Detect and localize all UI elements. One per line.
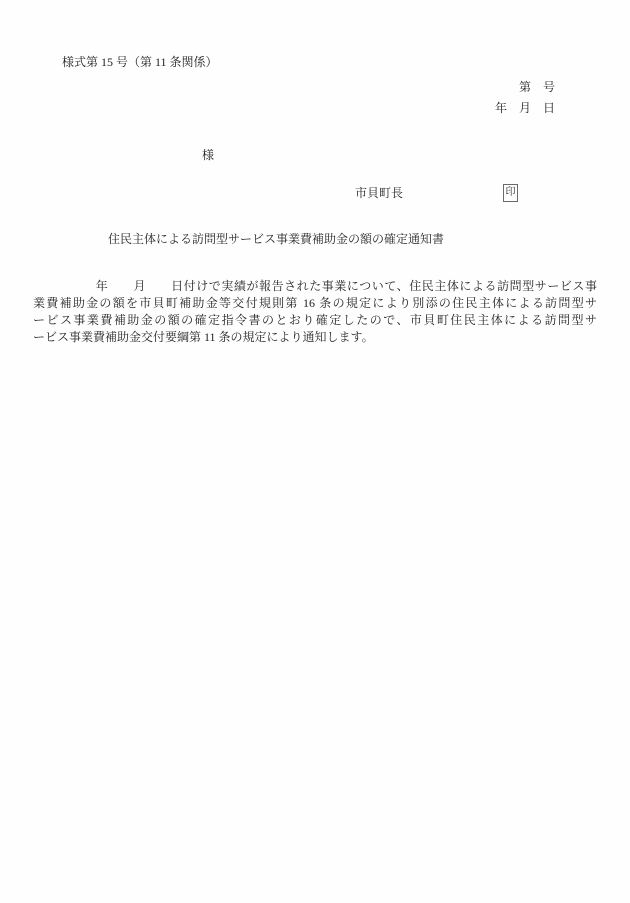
document-page: 様式第 15 号（第 11 条関係） 第 号 年 月 日 様 市貝町長 印 住民… [0,0,630,903]
body-line-4: ービス事業費補助金交付要綱第 11 条の規定により通知します。 [33,329,597,346]
date-placeholder: 年 月 日 [0,102,555,115]
seal-box: 印 [503,184,518,202]
body-paragraph: 年 月 日付けで実績が報告された事業について、住民主体による訪問型サービス事 業… [33,278,597,346]
body-line-2: 業費補助金の額を市貝町補助金等交付規則第 16 条の規定により別添の住民主体によ… [33,295,597,312]
sender-title: 市貝町長 [355,187,403,200]
addressee-honorific: 様 [202,149,214,162]
body-line-3: ービス事業費補助金の額の確定指令書のとおり確定したので、市貝町住民主体による訪問… [33,312,597,329]
document-title: 住民主体による訪問型サービス事業費補助金の額の確定通知書 [108,233,444,246]
form-number: 様式第 15 号（第 11 条関係） [62,56,218,69]
doc-number-placeholder: 第 号 [0,81,555,94]
body-line-1: 年 月 日付けで実績が報告された事業について、住民主体による訪問型サービス事 [33,278,597,295]
